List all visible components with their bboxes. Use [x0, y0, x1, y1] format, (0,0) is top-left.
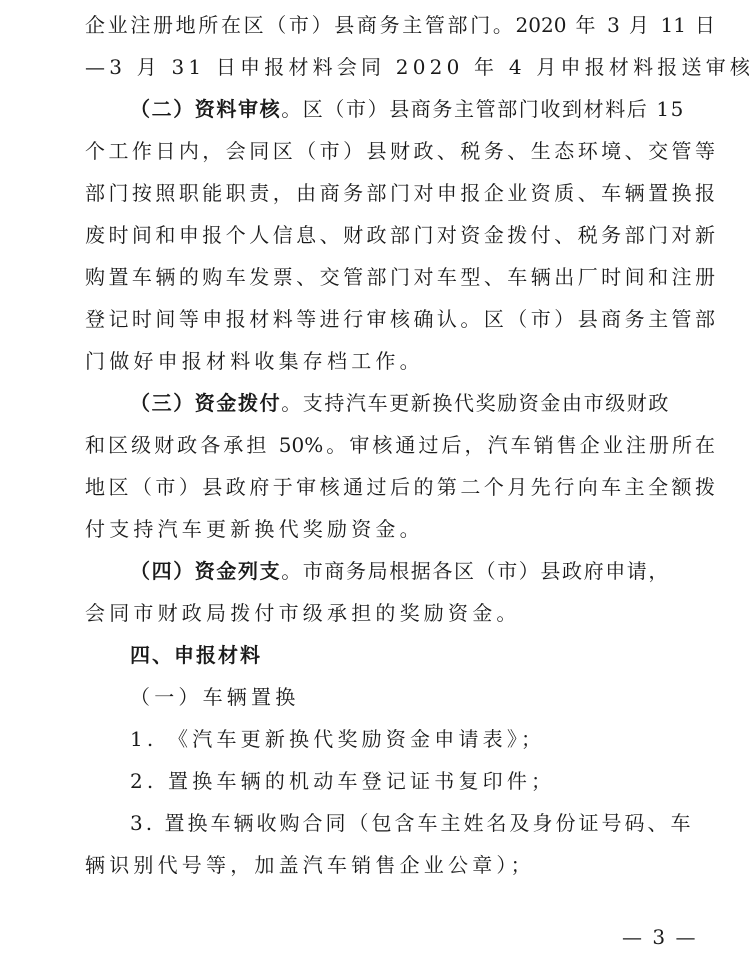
list-item-continuation: 辆识别代号等，加盖汽车销售企业公章）； — [85, 844, 715, 886]
paragraph-line: 部门按照职能职责，由商务部门对申报企业资质、车辆置换报 — [85, 172, 715, 214]
paragraph-line: 个工作日内，会同区（市）县财政、税务、生态环境、交管等 — [85, 130, 715, 172]
paragraph-line: 付支持汽车更新换代奖励资金。 — [85, 508, 715, 550]
list-item: 3. 置换车辆收购合同（包含车主姓名及身份证号码、车 — [85, 802, 715, 844]
paragraph-line: 会同市财政局拨付市级承担的奖励资金。 — [85, 592, 715, 634]
paragraph-line: 购置车辆的购车发票、交管部门对车型、车辆出厂时间和注册 — [85, 256, 715, 298]
section-text: 。支持汽车更新换代奖励资金由市级财政 — [281, 391, 670, 415]
list-item: 2. 置换车辆的机动车登记证书复印件； — [85, 760, 715, 802]
heading-application-materials: 四、申报材料 — [85, 634, 715, 676]
paragraph-line: 和区级财政各承担 50%。审核通过后，汽车销售企业注册所在 — [85, 424, 715, 466]
paragraph-line: 地区（市）县政府于审核通过后的第二个月先行向车主全额拨 — [85, 466, 715, 508]
section-title-funding: （三）资金拨付 — [130, 391, 281, 415]
paragraph-line: 企业注册地所在区（市）县商务主管部门。2020 年 3 月 11 日 — [85, 4, 715, 46]
section-title-review: （二）资料审核 — [130, 97, 281, 121]
paragraph-line: —3 月 31 日申报材料会同 2020 年 4 月申报材料报送审核。 — [85, 46, 715, 88]
section-title-expenditure: （四）资金列支 — [130, 559, 281, 583]
paragraph-line: 门做好申报材料收集存档工作。 — [85, 340, 715, 382]
section-text: 。区（市）县商务主管部门收到材料后 15 — [281, 97, 685, 121]
paragraph-line: 废时间和申报个人信息、财政部门对资金拨付、税务部门对新 — [85, 214, 715, 256]
paragraph-line: 登记时间等申报材料等进行审核确认。区（市）县商务主管部 — [85, 298, 715, 340]
section-text: 。市商务局根据各区（市）县政府申请， — [281, 559, 670, 583]
section-expenditure-line: （四）资金列支。市商务局根据各区（市）县政府申请， — [85, 550, 715, 592]
section-funding-line: （三）资金拨付。支持汽车更新换代奖励资金由市级财政 — [85, 382, 715, 424]
subheading-vehicle-replacement: （一）车辆置换 — [85, 676, 715, 718]
list-item: 1. 《汽车更新换代奖励资金申请表》； — [85, 718, 715, 760]
section-review-line: （二）资料审核。区（市）县商务主管部门收到材料后 15 — [85, 88, 715, 130]
page-number: — 3 — — [622, 925, 697, 949]
